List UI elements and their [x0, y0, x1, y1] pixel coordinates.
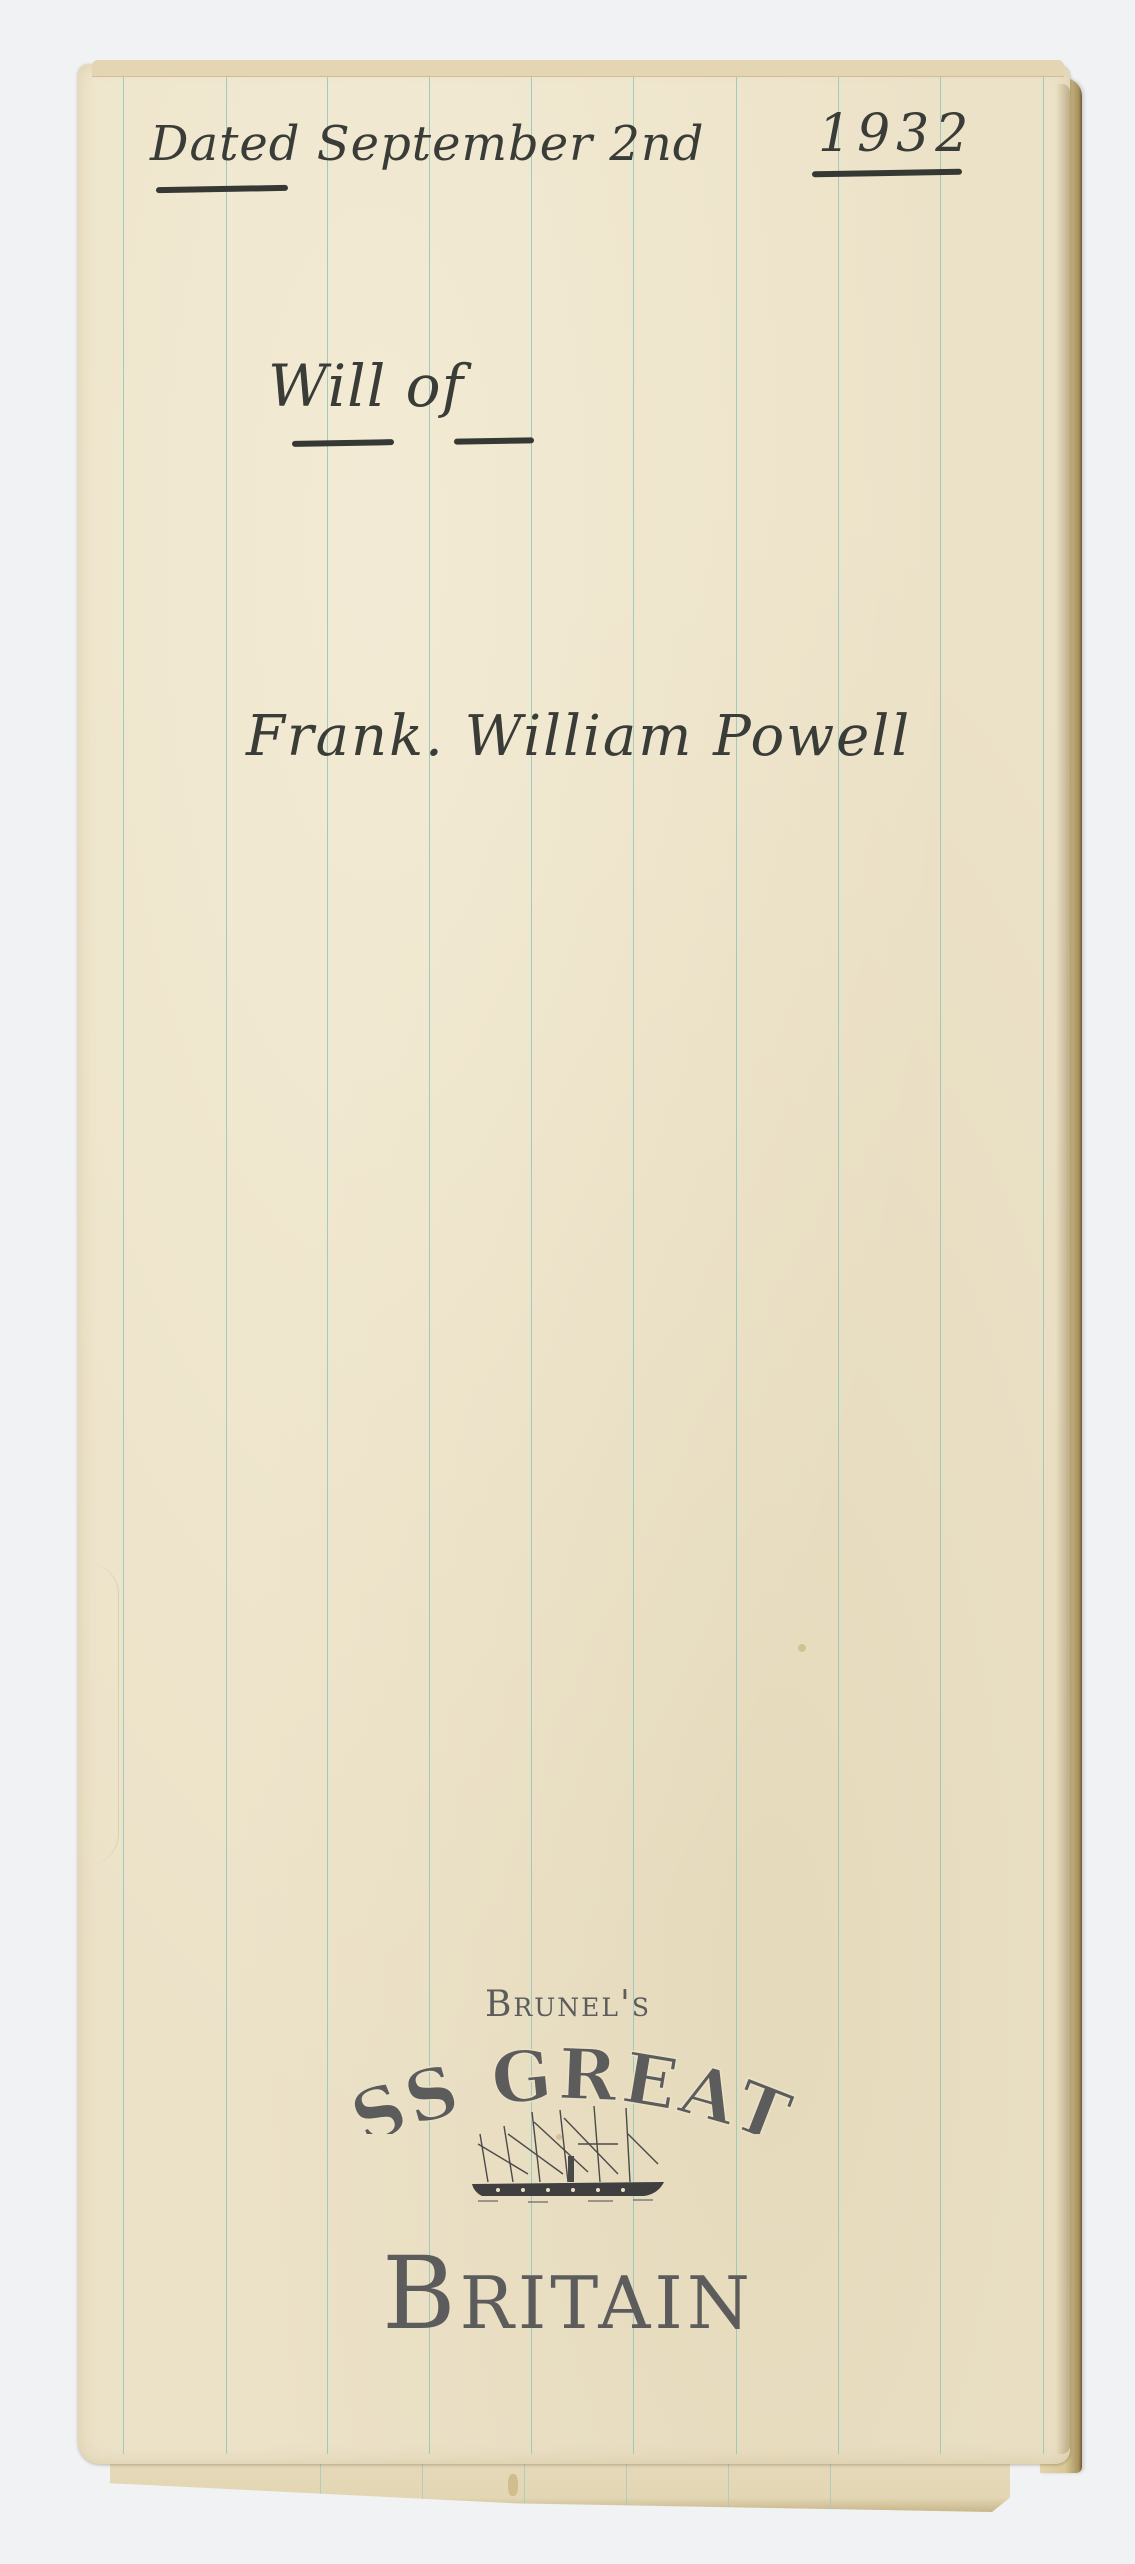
paper-stain [508, 2474, 518, 2496]
testator-name: Frank. William Powell [246, 704, 911, 769]
year-text: 1932 [818, 104, 974, 164]
ruling-line [838, 72, 839, 2454]
ruling-line [1043, 72, 1044, 2454]
ship-icon [468, 2104, 678, 2204]
logo-britain-rest: RITAIN [460, 2261, 754, 2345]
document-sheet: Dated September 2nd 1932 Will of Frank. … [78, 64, 1070, 2464]
logo-britain-initial: B [382, 2235, 460, 2352]
will-of-heading: Will of [268, 352, 464, 420]
will-underline [292, 439, 394, 447]
ruling-line [940, 72, 941, 2454]
dated-underline [156, 185, 288, 193]
ruling-line [226, 72, 227, 2454]
logo-britain: BRITAIN [328, 2244, 808, 2344]
paper-stain [798, 1644, 806, 1652]
ruling-line [123, 72, 124, 2454]
paper-tear [78, 1564, 119, 1864]
dated-text: Dated September 2nd [150, 116, 705, 172]
ss-great-britain-logo: Brunel's SS GREAT [328, 1964, 808, 2334]
of-underline [454, 437, 534, 444]
